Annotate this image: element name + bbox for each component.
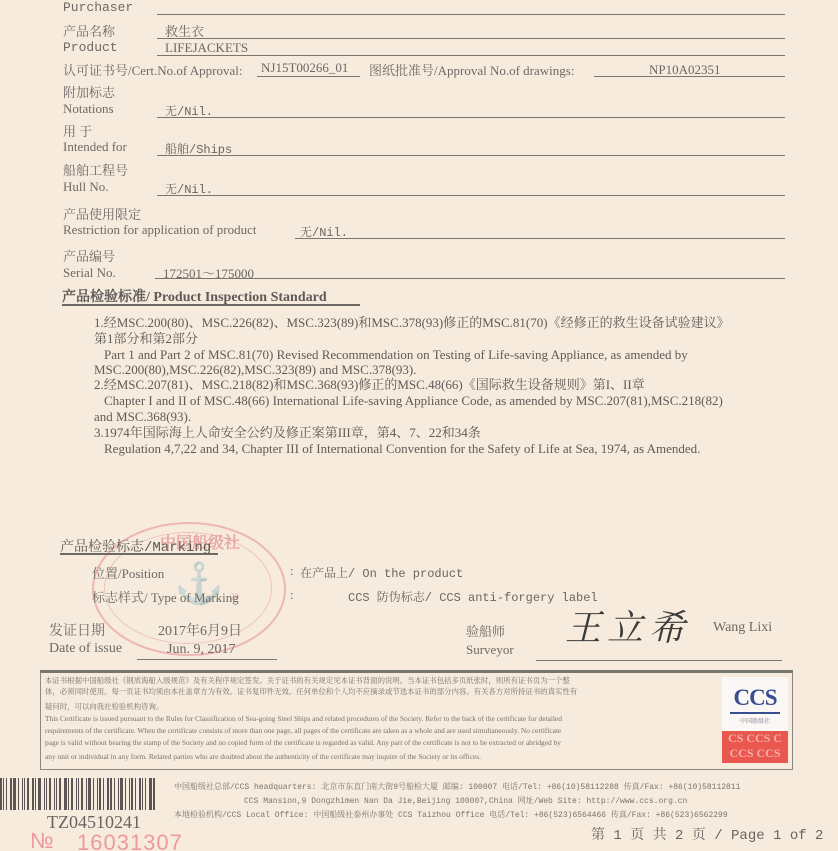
issue-date-line xyxy=(137,659,277,660)
anti-forgery-label: CS CCS C CCS CCS xyxy=(722,731,788,763)
cert-no-line xyxy=(257,76,360,77)
barcode-bar xyxy=(46,778,47,810)
standard-line-6: Chapter I and II of MSC.48(66) Internati… xyxy=(104,393,723,409)
marking-position-value: 在产品上/ On the product xyxy=(300,564,463,581)
hull-label: Hull No. xyxy=(63,179,109,195)
marking-underline xyxy=(60,553,218,555)
barcode-bar xyxy=(18,778,19,810)
barcode xyxy=(0,778,158,810)
surveyor-cn-label: 验船师 xyxy=(466,621,505,640)
cert-no-label: 认可证书号/Cert.No.of Approval: xyxy=(63,60,242,79)
notice-en-line-4: any unit or individual in any form. Rela… xyxy=(45,751,481,763)
surveyor-label: Surveyor xyxy=(466,642,514,658)
barcode-bar xyxy=(10,778,12,810)
issue-date-label: Date of issue xyxy=(49,641,122,657)
standard-line-5: 2.经MSC.207(81)、MSC.218(82)和MSC.368(93)修正… xyxy=(94,377,645,393)
product-line xyxy=(157,55,785,56)
footer-local-office: 本地检验机构/CCS Local Office: 中国船级社泰州办事处 CCS … xyxy=(174,809,728,820)
product-name-line xyxy=(157,38,785,39)
hull-cn-label: 船舶工程号 xyxy=(63,160,128,179)
ccs-logo-subtext: 中国船级社 xyxy=(740,716,770,725)
barcode-bar xyxy=(35,778,36,810)
barcode-bar xyxy=(135,778,136,810)
barcode-bar xyxy=(59,778,61,810)
issue-date-cn-value: 2017年6月9日 xyxy=(158,620,242,640)
barcode-bar xyxy=(32,778,34,810)
restriction-label: Restriction for application of product xyxy=(63,222,257,238)
hull-line xyxy=(157,195,785,196)
barcode-bar xyxy=(142,778,143,810)
barcode-bar xyxy=(44,778,45,810)
barcode-bar xyxy=(145,778,146,810)
restriction-cn-label: 产品使用限定 xyxy=(63,204,141,223)
barcode-bar xyxy=(153,778,155,810)
standard-line-9: Regulation 4,7,22 and 34, Chapter III of… xyxy=(104,441,700,457)
barcode-bar xyxy=(103,778,104,810)
surveyor-signature: 王立希 xyxy=(565,600,691,651)
barcode-bar xyxy=(114,778,115,810)
inspection-standard-underline xyxy=(62,304,360,306)
intended-cn-label: 用 于 xyxy=(63,121,92,140)
barcode-bar xyxy=(131,778,133,810)
barcode-bar xyxy=(81,778,83,810)
serial-prefix: № xyxy=(30,828,54,851)
purchaser-line xyxy=(157,14,785,15)
barcode-bar xyxy=(0,778,2,810)
surveyor-name: Wang Lixi xyxy=(713,620,772,636)
barcode-bar xyxy=(99,778,101,810)
notice-cn-line-1: 本证书根据中国船级社《钢质海船入级规范》及有关程序规定签发。关于证书的有关规定见… xyxy=(45,675,570,687)
barcode-bar xyxy=(118,778,119,810)
product-value: LIFEJACKETS xyxy=(165,40,248,56)
marking-type-label: 标志样式/ Type of Marking xyxy=(92,587,239,606)
standard-line-2: 第1部分和第2部分 xyxy=(94,331,198,347)
marking-type-value: CCS 防伪标志/ CCS anti-forgery label xyxy=(348,588,598,605)
barcode-bar xyxy=(56,778,57,810)
standard-line-3: Part 1 and Part 2 of MSC.81(70) Revised … xyxy=(104,347,688,363)
barcode-bar xyxy=(13,778,16,810)
marking-position-label: 位置/Position xyxy=(92,563,164,582)
barcode-bar xyxy=(78,778,79,810)
barcode-bar xyxy=(129,778,130,810)
ccs-logo-text: CCS xyxy=(733,685,776,711)
serial-label: Serial No. xyxy=(63,265,116,281)
surveyor-line xyxy=(536,660,782,661)
barcode-bar xyxy=(6,778,7,810)
barcode-bar xyxy=(3,778,4,810)
barcode-bar xyxy=(139,778,141,810)
ccs-logo-bar xyxy=(730,712,780,714)
barcode-bar xyxy=(93,778,94,810)
barcode-bar xyxy=(38,778,41,810)
product-name-cn-label: 产品名称 xyxy=(63,21,115,40)
certificate-serial-number: 16031307 xyxy=(77,830,183,851)
standard-line-7: and MSC.368(93). xyxy=(94,409,191,425)
cert-no-value: NJ15T00266_01 xyxy=(261,60,348,76)
drawing-no-label: 图纸批准号/Approval No.of drawings: xyxy=(369,60,574,79)
intended-label: Intended for xyxy=(63,139,127,155)
serial-cn-label: 产品编号 xyxy=(63,246,115,265)
intended-line xyxy=(157,155,785,156)
notice-en-line-3: page is valid without bearing the stamp … xyxy=(45,737,561,749)
barcode-bar xyxy=(24,778,25,810)
standard-line-8: 3.1974年国际海上人命安全公约及修正案第III章，第4、7、22和34条 xyxy=(94,425,481,441)
barcode-bar xyxy=(88,778,91,810)
notice-cn-line-2: 体，必须同时使用。每一页证书均须由本社盖章方为有效。证书复印件无效。任何单位和个… xyxy=(45,686,577,698)
inspection-standard-heading: 产品检验标准/ Product Inspection Standard xyxy=(62,286,327,306)
barcode-bar xyxy=(86,778,87,810)
notice-cn-line-3: 疑问时，可以向我社检验机构咨询。 xyxy=(45,701,163,713)
notice-en-line-1: This Certificate is issued pursuant to t… xyxy=(45,713,562,725)
barcode-bar xyxy=(97,778,98,810)
barcode-bar xyxy=(149,778,152,810)
barcode-bar xyxy=(110,778,112,810)
ccs-logo: CCS 中国船级社 xyxy=(722,677,788,732)
product-label: Product xyxy=(63,40,118,55)
drawing-no-line xyxy=(594,76,785,77)
barcode-bar xyxy=(125,778,126,810)
barcode-bar xyxy=(68,778,69,810)
barcode-bar xyxy=(49,778,51,810)
barcode-bar xyxy=(64,778,67,810)
barcode-bar xyxy=(71,778,73,810)
purchaser-label: Purchaser xyxy=(63,0,133,15)
issue-date-cn-label: 发证日期 xyxy=(49,620,105,640)
barcode-bar xyxy=(76,778,77,810)
page-indicator: 第 1 页 共 2 页 / Page 1 of 2 xyxy=(591,824,823,844)
notations-cn-label: 附加标志 xyxy=(63,82,115,101)
barcode-bar xyxy=(120,778,123,810)
marking-position-sep: : xyxy=(290,563,294,579)
barcode-bar xyxy=(54,778,55,810)
notations-line xyxy=(157,117,785,118)
serial-value: 172501～175000 xyxy=(163,263,254,282)
notations-label: Notations xyxy=(63,101,114,117)
footer-hq-address: CCS Mansion,9 Dongzhimen Nan Da Jie,Beij… xyxy=(244,795,687,806)
standard-line-1: 1.经MSC.200(80)、MSC.226(82)、MSC.323(89)和M… xyxy=(94,315,730,331)
issue-date-value: Jun. 9, 2017 xyxy=(167,642,235,658)
marking-type-sep: : xyxy=(290,587,294,603)
standard-line-4: MSC.200(80),MSC.226(82),MSC.323(89) and … xyxy=(94,362,417,378)
barcode-bar xyxy=(107,778,109,810)
notice-en-line-2: requirements of the certificate. When th… xyxy=(45,725,561,737)
barcode-bar xyxy=(27,778,29,810)
barcode-bar xyxy=(22,778,23,810)
footer-hq-line: 中国船级社总部/CCS headquarters: 北京市东直门南大街9号船检大… xyxy=(174,781,740,792)
serial-line xyxy=(155,278,785,279)
restriction-line xyxy=(295,238,785,239)
